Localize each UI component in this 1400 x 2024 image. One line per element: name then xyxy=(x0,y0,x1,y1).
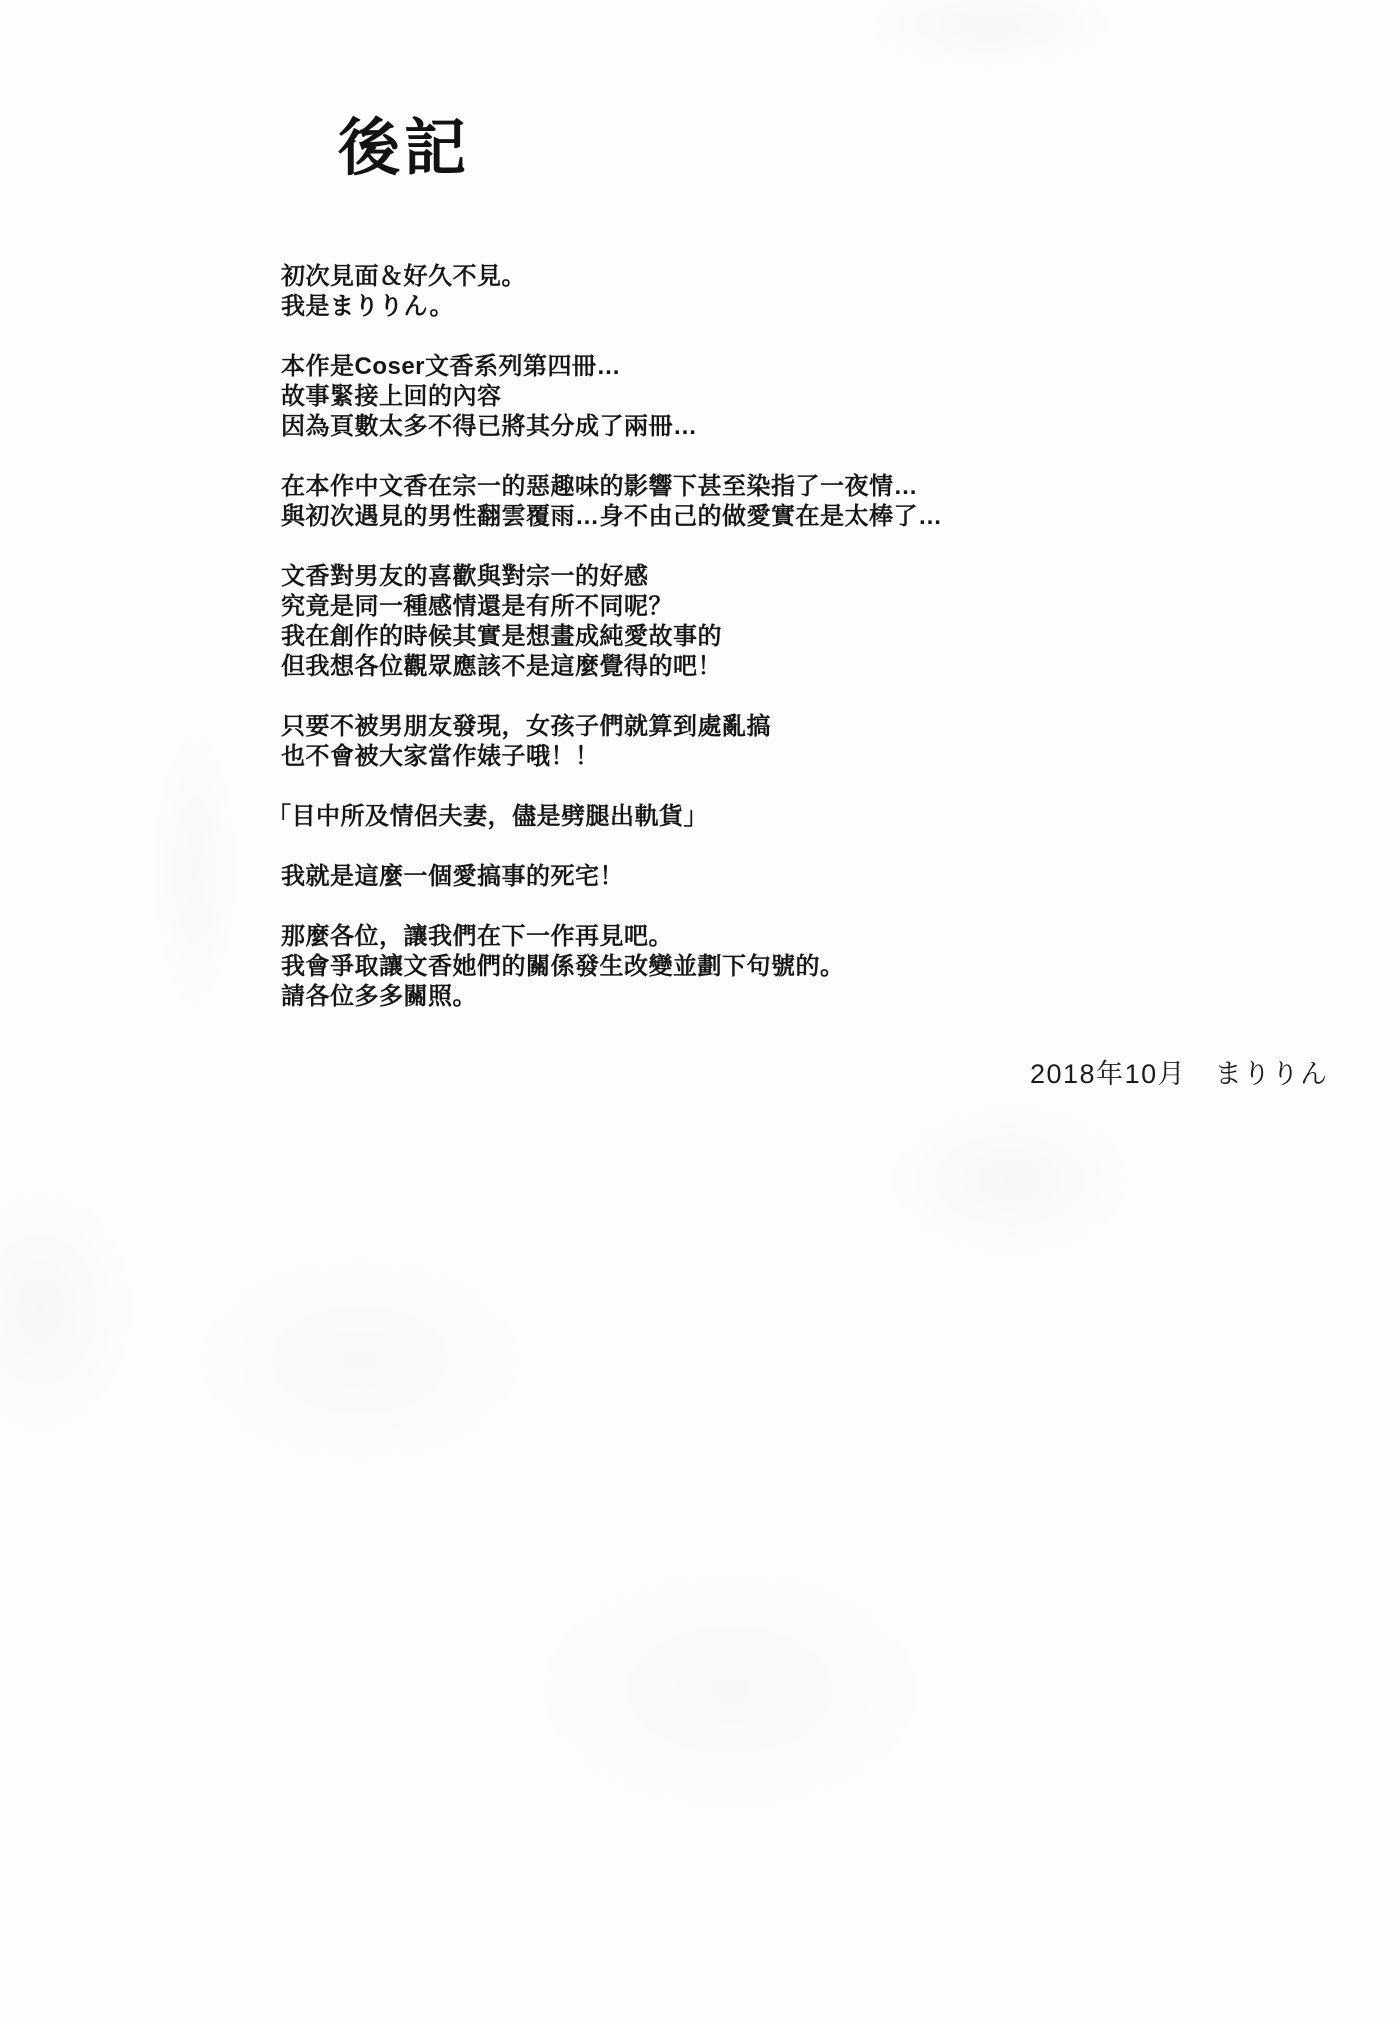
scan-noise xyxy=(860,0,1120,70)
text-line: 本作是Coser文香系列第四冊… xyxy=(281,352,1181,382)
text-line: 也不會被大家當作婊子哦！！ xyxy=(281,742,1181,772)
text-line: 我會爭取讓文香她們的關係發生改變並劃下句號的。 xyxy=(281,952,1181,982)
paragraph-series-info: 本作是Coser文香系列第四冊… 故事緊接上回的內容 因為頁數太多不得已將其分成… xyxy=(281,352,1181,442)
text-line: 故事緊接上回的內容 xyxy=(281,382,1181,412)
scan-noise xyxy=(0,1180,140,1440)
paragraph-quote: 「目中所及情侶夫妻，儘是劈腿出軌貨」 xyxy=(281,802,1181,832)
scan-noise xyxy=(180,1250,540,1470)
page-title: 後記 xyxy=(338,118,470,180)
scan-noise xyxy=(150,720,240,1020)
paragraph-joke: 只要不被男朋友發現，女孩子們就算到處亂搞 也不會被大家當作婊子哦！！ xyxy=(281,712,1181,772)
afterword-page: 後記 初次見面＆好久不見。 我是まりりん。 本作是Coser文香系列第四冊… 故… xyxy=(0,0,1400,2024)
scan-noise xyxy=(880,1100,1140,1260)
text-line: 我就是這麼一個愛搞事的死宅！ xyxy=(281,862,1181,892)
text-line: 因為頁數太多不得已將其分成了兩冊… xyxy=(281,412,1181,442)
text-line: 我在創作的時候其實是想畫成純愛故事的 xyxy=(281,622,1181,652)
text-line: 「目中所及情侶夫妻，儘是劈腿出軌貨」 xyxy=(281,802,1181,832)
paragraph-story: 在本作中文香在宗一的惡趣味的影響下甚至染指了一夜情… 與初次遇見的男性翻雲覆雨…… xyxy=(281,472,1181,532)
signature-line: 2018年10月 まりりん xyxy=(1030,1052,1329,1091)
paragraph-self-description: 我就是這麼一個愛搞事的死宅！ xyxy=(281,862,1181,892)
paragraph-greeting: 初次見面＆好久不見。 我是まりりん。 xyxy=(281,262,1181,322)
paragraph-closing: 那麼各位，讓我們在下一作再見吧。 我會爭取讓文香她們的關係發生改變並劃下句號的。… xyxy=(281,922,1181,1012)
text-line: 初次見面＆好久不見。 xyxy=(281,262,1181,292)
text-line: 究竟是同一種感情還是有所不同呢？ xyxy=(281,592,1181,622)
text-line: 請各位多多關照。 xyxy=(281,982,1181,1012)
text-line: 與初次遇見的男性翻雲覆雨…身不由己的做愛實在是太棒了… xyxy=(281,502,1181,532)
text-line: 在本作中文香在宗一的惡趣味的影響下甚至染指了一夜情… xyxy=(281,472,1181,502)
text-line: 那麼各位，讓我們在下一作再見吧。 xyxy=(281,922,1181,952)
text-line: 文香對男友的喜歡與對宗一的好感 xyxy=(281,562,1181,592)
afterword-body: 初次見面＆好久不見。 我是まりりん。 本作是Coser文香系列第四冊… 故事緊接… xyxy=(281,262,1181,1042)
text-line: 但我想各位觀眾應該不是這麼覺得的吧！ xyxy=(281,652,1181,682)
scan-noise xyxy=(520,1560,940,1820)
paragraph-feelings: 文香對男友的喜歡與對宗一的好感 究竟是同一種感情還是有所不同呢？ 我在創作的時候… xyxy=(281,562,1181,682)
text-line: 我是まりりん。 xyxy=(281,292,1181,322)
text-line: 只要不被男朋友發現，女孩子們就算到處亂搞 xyxy=(281,712,1181,742)
